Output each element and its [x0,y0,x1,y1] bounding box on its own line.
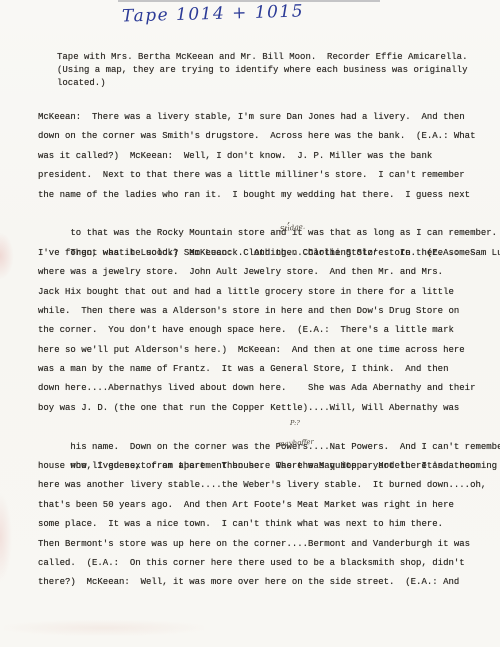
transcript-line: house now, I guess, or an apartment hous… [38,457,488,476]
transcript-line: who lived next from there. Then here was… [38,438,488,457]
transcript-line: his name. Down on the corner was the Pow… [38,418,488,437]
handwritten-tape-title: Tape 1014 + 1015 [122,1,305,26]
transcript-line: to that was the Rocky Mountain store and… [38,205,488,224]
transcript-line: Jack Hix bought that out and had a littl… [38,283,488,302]
transcript-line: some place. It was a nice town. I can't … [38,515,488,534]
transcript-line: the name of the ladies who ran it. I bou… [38,186,488,205]
transcript-line: here was another livery stable....the We… [38,476,488,495]
transcript-line: president. Next to that there was a litt… [38,166,488,185]
transcript-line: boy was J. D. (the one that run the Copp… [38,399,488,418]
transcript-header: Tape with Mrs. Bertha McKeean and Mr. Bi… [57,51,467,89]
transcript-line: was it called?) McKeean: Well, I don't k… [38,147,488,166]
transcript-line: the corner. You don't have enough space … [38,321,488,340]
transcript-body: McKeean: There was a livery stable, I'm … [38,108,488,593]
transcript-line: that's been 50 years ago. And then Art F… [38,496,488,515]
transcript-line: here so we'll put Alderson's here.) McKe… [38,341,488,360]
handwritten-inserted-comma: , [287,217,290,224]
transcript-line: where was a jewelry store. John Ault Jew… [38,263,488,282]
transcript-line: while. Then there was a Alderson's store… [38,302,488,321]
transcript-line: down here....Abernathys lived about down… [38,379,488,398]
scan-smudge [0,232,14,280]
transcript-line: Then, was it Lucock? Sam Lucock. And the… [38,224,488,243]
scan-smudge [0,492,12,582]
transcript-line: was a man by the name of Frantz. It was … [38,360,488,379]
scan-top-edge-artifact [118,0,380,2]
transcript-line: I've forgot what he sold.) McKeean: Clot… [38,244,488,263]
handwritten-correction-hopper: mayhoffer [278,438,314,447]
transcript-line: McKeean: There was a livery stable, I'm … [38,108,488,127]
header-line: (Using a map, they are trying to identif… [57,64,467,77]
handwritten-correction-stolz: Stidge. [280,224,306,234]
transcript-line: down on the corner was Smith's drugstore… [38,127,488,146]
scanned-document-page: Tape 1014 + 1015 Tape with Mrs. Bertha M… [0,0,500,647]
handwritten-query-nat: P:? [290,420,300,427]
scan-smudge [4,620,204,636]
transcript-line: called. (E.A.: On this corner here there… [38,554,488,573]
header-line: Tape with Mrs. Bertha McKeean and Mr. Bi… [57,51,467,64]
header-line: located.) [57,77,467,90]
transcript-line: there?) McKeean: Well, it was more over … [38,573,488,592]
transcript-line: Then Bermont's store was up here on the … [38,535,488,554]
